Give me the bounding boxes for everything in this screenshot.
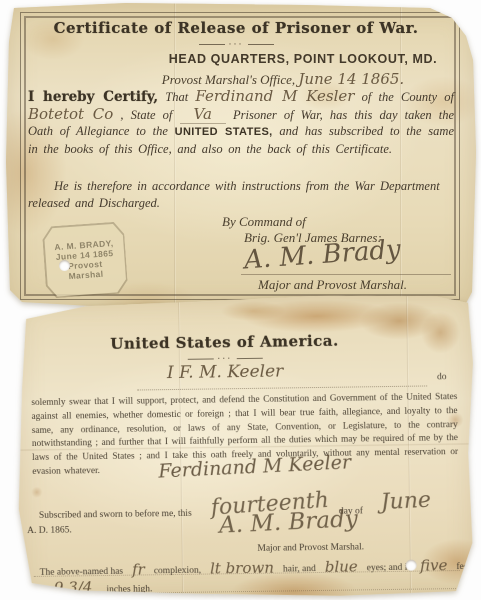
- divider-dots: ···: [229, 41, 244, 47]
- title-divider: ···: [6, 41, 466, 47]
- sworn-month-handwritten: June: [380, 488, 431, 515]
- officer-title: Major and Provost Marshal.: [257, 542, 364, 553]
- eyes-handwritten: blue: [325, 557, 358, 575]
- punch-hole: [406, 560, 417, 571]
- stamp-text: A. M. BRADY, June 14 1865 Provost Marsha…: [43, 223, 127, 297]
- county-label: County of: [401, 90, 454, 104]
- divider-dots: ···: [217, 355, 232, 361]
- release-certificate-paper: Certificate of Release of Prisoner of Wa…: [6, 2, 476, 312]
- divider-line: [199, 44, 225, 45]
- date-handwritten: June 14 1865.: [298, 70, 404, 88]
- provost-marshal-stamp: A. M. BRADY, June 14 1865 Provost Marsha…: [42, 221, 129, 299]
- prisoner-name-handwritten: Ferdinand M Kesler: [195, 87, 354, 105]
- prisoner-word: Prisoner: [233, 108, 277, 122]
- divider-line: [236, 357, 262, 358]
- sworn-prefix: Subscribed and sworn to before me, this: [39, 509, 192, 521]
- certify-lead: I hereby Certify,: [28, 89, 158, 105]
- united-states-bold: UNITED STATES,: [175, 126, 273, 138]
- divider-line: [248, 44, 274, 45]
- height-line: 9 3/4 inches high.: [54, 577, 153, 596]
- oath-title: United States of America.: [16, 330, 432, 354]
- ad-year-label: A. D. 1865.: [27, 525, 72, 536]
- signature-rule: [241, 274, 451, 275]
- office-label: Provost Marshal's Office,: [162, 72, 295, 87]
- oath-paper: United States of America. ··· I F. M. Ke…: [16, 293, 476, 600]
- of-the: of the: [362, 90, 394, 104]
- headquarters-line: HEAD QUARTERS, POINT LOOKOUT, MD.: [156, 52, 450, 66]
- release-certificate-document: Certificate of Release of Prisoner of Wa…: [6, 2, 476, 312]
- state-handwritten: Va: [180, 105, 226, 124]
- feet-handwritten: five: [420, 556, 448, 574]
- height-label: inches high.: [106, 584, 152, 595]
- stamp-line4: Marshal: [68, 269, 104, 281]
- that-word: That: [165, 90, 188, 104]
- county-handwritten: Botetot Co: [28, 105, 113, 123]
- punch-hole: [59, 260, 70, 271]
- officer-signature-handwritten: A. M. Brady: [219, 506, 359, 539]
- certificate-title: Certificate of Release of Prisoner of Wa…: [6, 19, 466, 37]
- oath-name-handwritten: I F. M. Keeler: [167, 361, 284, 383]
- by-command-line: By Command of: [222, 214, 306, 230]
- state-label: , State of: [120, 108, 172, 122]
- height-handwritten: 9 3/4: [54, 578, 93, 597]
- provost-office-line: Provost Marshal's Office, June 14 1865.: [116, 70, 450, 88]
- oath-document: United States of America. ··· I F. M. Ke…: [16, 293, 476, 600]
- hair-handwritten: lt brown: [210, 559, 274, 578]
- released-paragraph: He is therefore in accordance with instr…: [28, 178, 454, 211]
- signature-title: Major and Provost Marshal.: [258, 277, 407, 293]
- complexion-handwritten: fr: [132, 560, 145, 578]
- do-word: do: [437, 372, 447, 382]
- divider-line: [187, 358, 213, 359]
- certificate-body: I hereby Certify, That Ferdinand M Kesle…: [28, 88, 454, 157]
